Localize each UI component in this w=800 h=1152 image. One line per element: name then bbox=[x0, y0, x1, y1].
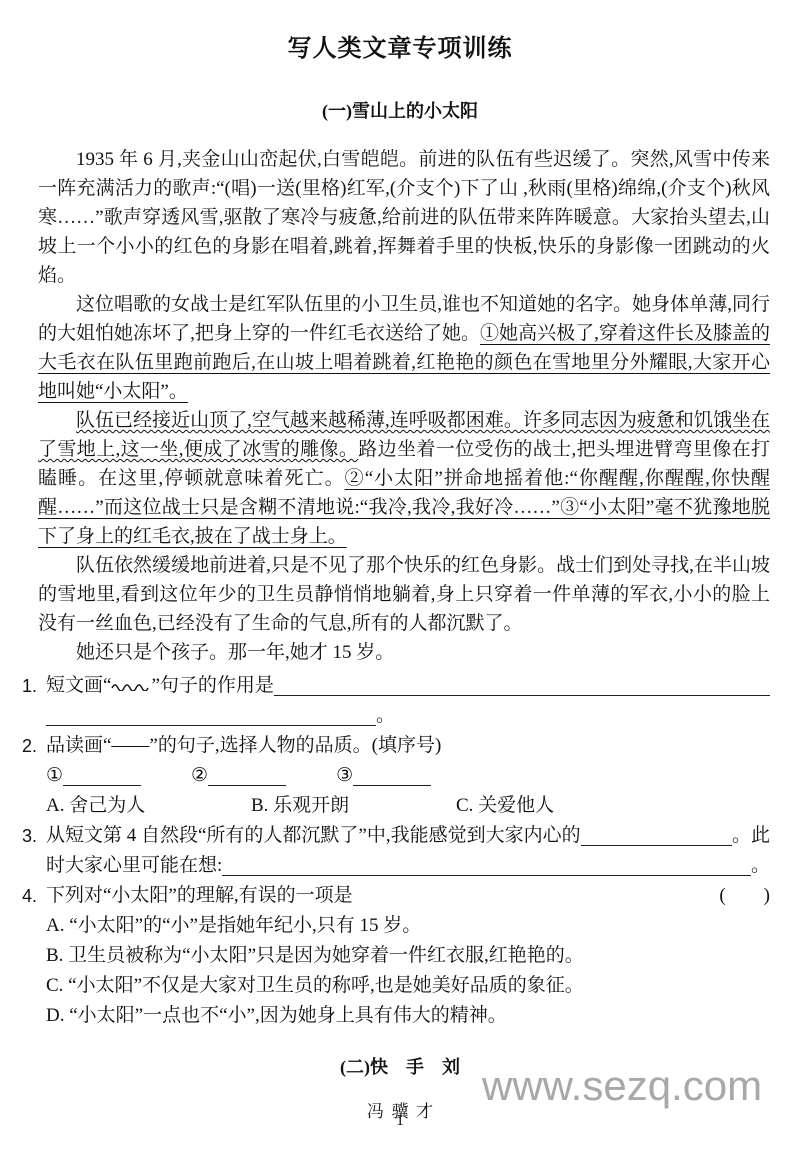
question-2-blanks: ① ② ③ bbox=[46, 761, 770, 791]
question-1-text-pre: 短文画“ bbox=[46, 671, 111, 701]
question-3-continuation: 时大家心里可能在想: 。 bbox=[22, 851, 770, 881]
circled-2-label: ② bbox=[191, 761, 208, 791]
question-2: 2. 品读画“——”的句子,选择人物的品质。(填序号) bbox=[22, 731, 770, 761]
question-4: 4. 下列对“小太阳”的理解,有误的一项是 ( ) bbox=[22, 881, 770, 911]
q2-option-c: C. 关爱他人 bbox=[456, 791, 661, 821]
question-1-period: 。 bbox=[376, 701, 395, 731]
passage-segment: 她还只是个孩子。那一年,她才 15 岁。 bbox=[76, 642, 394, 663]
question-1-continuation: 。 bbox=[22, 701, 770, 731]
wavy-line-icon bbox=[111, 671, 151, 701]
circled-3-label: ③ bbox=[336, 761, 353, 791]
page-title: 写人类文章专项训练 bbox=[0, 0, 800, 63]
answer-blank bbox=[63, 785, 141, 786]
question-3: 3. 从短文第 4 自然段“所有的人都沉默了”中,我能感觉到大家内心的 。此 bbox=[22, 821, 770, 851]
answer-blank bbox=[208, 785, 286, 786]
passage-segment: 队伍依然缓缓地前进着,只是不见了那个快乐的红色身影。战士们到处寻找,在半山坡的雪… bbox=[38, 555, 770, 634]
q4-option-a: A. “小太阳”的“小”是指她年纪小,只有 15 岁。 bbox=[46, 911, 770, 941]
passage-paragraph: 队伍依然缓缓地前进着,只是不见了那个快乐的红色身影。战士们到处寻找,在半山坡的雪… bbox=[38, 551, 770, 638]
passage-paragraph: 她还只是个孩子。那一年,她才 15 岁。 bbox=[38, 638, 770, 667]
answer-blank bbox=[46, 725, 376, 726]
question-2-options: A. 舍己为人 B. 乐观开朗 C. 关爱他人 bbox=[46, 791, 770, 821]
question-3-text-line2: 时大家心里可能在想: bbox=[46, 851, 222, 881]
question-2-text: 品读画“——”的句子,选择人物的品质。(填序号) bbox=[46, 731, 441, 761]
q2-option-a: A. 舍己为人 bbox=[46, 791, 251, 821]
q4-option-b: B. 卫生员被称为“小太阳”只是因为她穿着一件红衣服,红艳艳的。 bbox=[46, 941, 770, 971]
q4-option-d: D. “小太阳”一点也不“小”,因为她身上具有伟大的精神。 bbox=[46, 1001, 770, 1031]
question-3-text-line1: 从短文第 4 自然段“所有的人都沉默了”中,我能感觉到大家内心的 bbox=[46, 821, 581, 851]
page-number: 1 bbox=[0, 1112, 800, 1130]
circled-1-label: ① bbox=[46, 761, 63, 791]
answer-bracket: ( ) bbox=[719, 881, 770, 911]
watermark: www.sezq.com bbox=[482, 1062, 762, 1110]
question-4-text: 下列对“小太阳”的理解,有误的一项是 bbox=[46, 881, 353, 911]
answer-blank bbox=[222, 875, 751, 876]
question-3-number: 3. bbox=[22, 821, 46, 851]
passage-paragraph: 这位唱歌的女战士是红军队伍里的小卫生员,谁也不知道她的名字。她身体单薄,同行的大… bbox=[38, 290, 770, 406]
passage-paragraph: 1935 年 6 月,夹金山山峦起伏,白雪皑皑。前进的队伍有些迟缓了。突然,风雪… bbox=[38, 145, 770, 290]
question-4-number: 4. bbox=[22, 881, 46, 911]
q4-option-c: C. “小太阳”不仅是大家对卫生员的称呼,也是她美好品质的象征。 bbox=[46, 971, 770, 1001]
questions: 1. 短文画“ ”句子的作用是 。 2. 品读画“——”的句子,选择人物的品质。… bbox=[22, 671, 770, 1031]
question-1-text-post: ”句子的作用是 bbox=[151, 671, 273, 701]
answer-blank bbox=[581, 845, 732, 846]
section-1-title: (一)雪山上的小太阳 bbox=[0, 97, 800, 123]
question-1: 1. 短文画“ ”句子的作用是 bbox=[22, 671, 770, 701]
question-3-period: 。 bbox=[751, 851, 770, 881]
worksheet-page: 写人类文章专项训练 (一)雪山上的小太阳 1935 年 6 月,夹金山山峦起伏,… bbox=[0, 0, 800, 1152]
answer-blank bbox=[353, 785, 431, 786]
passage-segment: 1935 年 6 月,夹金山山峦起伏,白雪皑皑。前进的队伍有些迟缓了。突然,风雪… bbox=[38, 149, 770, 286]
question-3-line1-end: 。此 bbox=[732, 821, 770, 851]
q2-option-b: B. 乐观开朗 bbox=[251, 791, 456, 821]
passage: 1935 年 6 月,夹金山山峦起伏,白雪皑皑。前进的队伍有些迟缓了。突然,风雪… bbox=[38, 145, 770, 667]
question-2-number: 2. bbox=[22, 731, 46, 761]
question-1-number: 1. bbox=[22, 671, 46, 701]
passage-paragraph: 队伍已经接近山顶了,空气越来越稀薄,连呼吸都困难。许多同志因为疲惫和饥饿坐在了雪… bbox=[38, 406, 770, 551]
answer-blank bbox=[274, 695, 770, 696]
